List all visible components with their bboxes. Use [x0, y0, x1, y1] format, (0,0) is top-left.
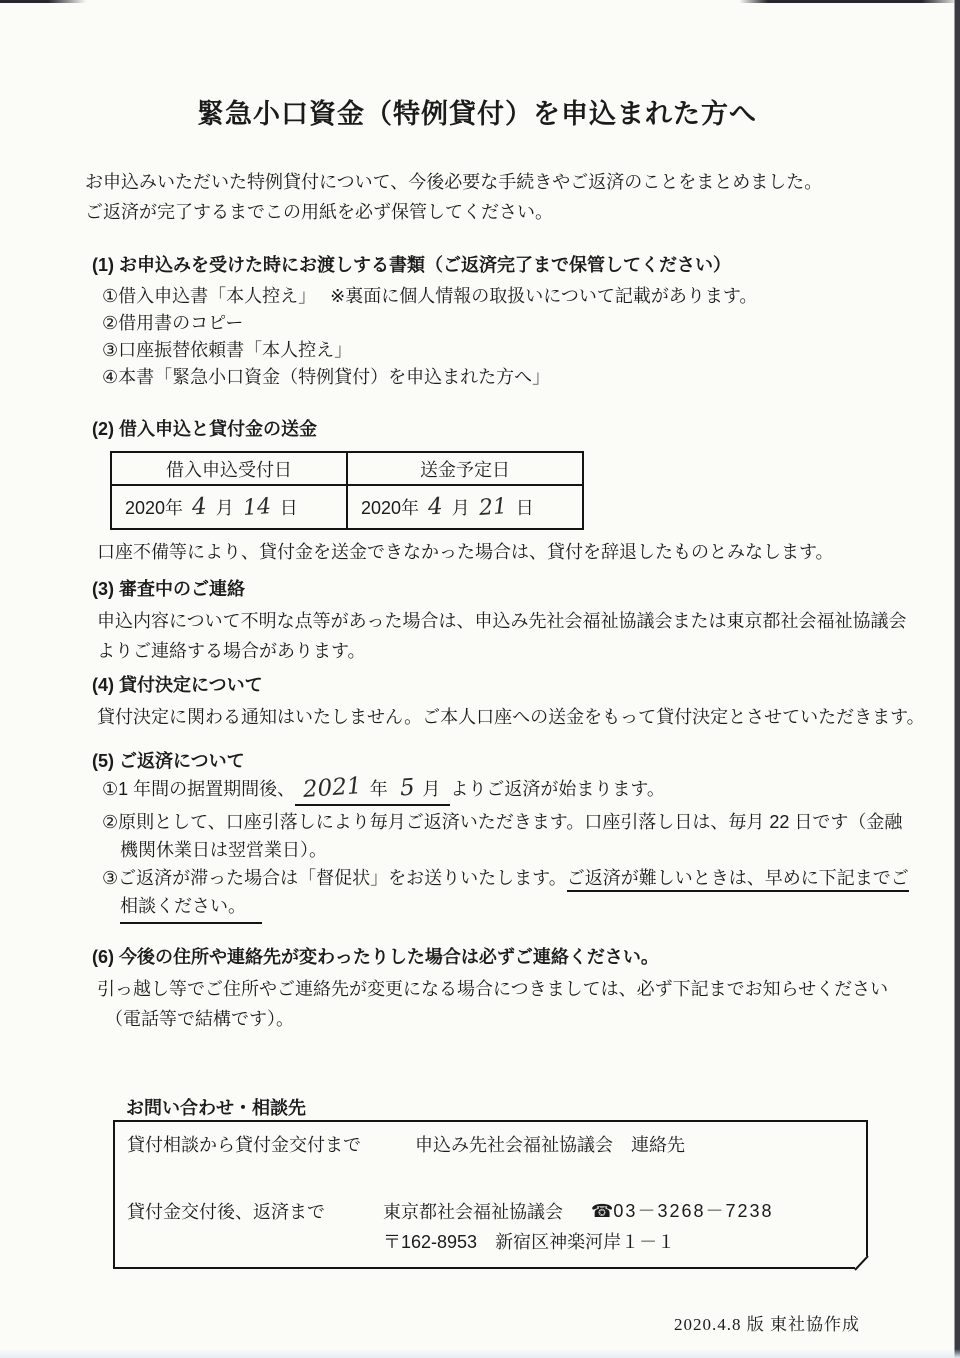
handwritten-receipt-day: 14 [242, 494, 272, 521]
section-6-body-line-2: （電話等で結構です）。 [97, 1004, 888, 1034]
contact-phone: ☎03－3268－7238 [591, 1197, 774, 1223]
document-item-3: ③口座振替依頼書「本人控え」 [102, 337, 757, 364]
section-2-heading: (2) 借入申込と貸付金の送金 [92, 416, 834, 442]
contact-address: 〒162-8953 新宿区神楽河岸１－１ [383, 1228, 675, 1254]
reminder-line-1: ③ご返済が滞った場合は「督促状」をお送りいたします。ご返済が難しいときは、早めに… [102, 864, 909, 892]
contact-box: 貸付相談から貸付金交付まで 申込み先社会福祉協議会 連絡先 貸付金交付後、返済ま… [113, 1120, 868, 1269]
loan-schedule-table: 借入申込受付日 送金予定日 2020年 4 月 14 日 2020年 [110, 451, 584, 530]
repayment-year-suffix: 年 [370, 779, 388, 799]
contact-row2-left: 貸付金交付後、返済まで [127, 1198, 325, 1224]
section-3-heading: (3) 審査中のご連絡 [92, 576, 906, 602]
transfer-date-header: 送金予定日 [347, 452, 583, 485]
phone-number: 03－3268－7238 [613, 1201, 773, 1221]
section-4-body: 貸付決定に関わる通知はいたしません。ご本人口座への送金をもって貸付決定とさせてい… [97, 702, 925, 732]
contact-row1-right: 申込み先社会福祉協議会 連絡先 [415, 1131, 685, 1157]
repayment-start-line: ①1 年間の据置期間後、2021年5月よりご返済が始まります。 [102, 774, 909, 806]
repayment-start-prefix: ①1 年間の据置期間後、 [102, 779, 295, 799]
section-1: (1) お申込みを受けた時にお渡しする書類（ご返済完了まで保管してください） ①… [92, 252, 757, 391]
reminder-prefix: ③ご返済が滞った場合は「督促状」をお送りいたします。 [102, 868, 567, 888]
transfer-month-suffix: 月 [452, 494, 470, 520]
scan-edge-top [0, 0, 960, 3]
section-3-body: 申込内容について不明な点等があった場合は、申込み先社会福祉協議会または東京都社会… [97, 606, 906, 666]
debit-rule-line-2: 機関休業日は翌営業日）。 [102, 836, 909, 864]
transfer-day-suffix: 日 [516, 494, 534, 520]
handwritten-transfer-month: 4 [427, 494, 443, 521]
phone-icon: ☎ [591, 1201, 613, 1221]
section-1-heading: (1) お申込みを受けた時にお渡しする書類（ご返済完了まで保管してください） [92, 252, 757, 278]
section-2-note: 口座不備等により、貸付金を送金できなかった場合は、貸付を辞退したものとみなします… [97, 537, 834, 567]
repayment-start-suffix: よりご返済が始まります。 [450, 779, 665, 799]
section-6-body-line-1: 引っ越し等でご住所やご連絡先が変更になる場合につきましては、必ず下記までお知らせ… [97, 974, 888, 1004]
debit-rule-line-1: ②原則として、口座引落しにより毎月ご返済いただきます。口座引落し日は、毎月 22… [102, 808, 909, 836]
section-3-body-line-2: よりご連絡する場合があります。 [97, 636, 906, 666]
document-item-4: ④本書「緊急小口資金（特例貸付）を申込まれた方へ」 [102, 364, 757, 391]
transfer-date-cell: 2020年 4 月 21 日 [347, 485, 583, 529]
section-4: (4) 貸付決定について 貸付決定に関わる通知はいたしません。ご本人口座への送金… [92, 672, 925, 732]
scanned-document-page: 緊急小口資金（特例貸付）を申込まれた方へ お申込みいただいた特例貸付について、今… [0, 0, 960, 1358]
contact-row1-left: 貸付相談から貸付金交付まで [127, 1131, 361, 1157]
handwritten-receipt-month: 4 [191, 494, 207, 521]
reminder-underlined-2: 相談ください。 [120, 892, 262, 924]
section-6-heading: (6) 今後の住所や連絡先が変わったりした場合は必ずご連絡ください。 [92, 944, 888, 970]
document-version-footer: 2020.4.8 版 東社協作成 [674, 1310, 860, 1335]
intro-line-2: ご返済が完了するまでこの用紙を必ず保管してください。 [85, 197, 822, 227]
receipt-year: 2020年 [125, 494, 183, 520]
contact-label: お問い合わせ・相談先 [126, 1094, 306, 1120]
reminder-underlined-1: ご返済が難しいときは、早めに下記までご [567, 868, 909, 892]
section-6-body: 引っ越し等でご住所やご連絡先が変更になる場合につきましては、必ず下記までお知らせ… [97, 974, 888, 1034]
section-5-heading: (5) ご返済について [92, 748, 909, 774]
document-item-1: ①借入申込書「本人控え」 ※裏面に個人情報の取扱いについて記載があります。 [102, 283, 757, 310]
section-3-body-line-1: 申込内容について不明な点等があった場合は、申込み先社会福祉協議会または東京都社会… [97, 606, 906, 636]
section-5-body: ①1 年間の据置期間後、2021年5月よりご返済が始まります。 ②原則として、口… [102, 774, 909, 924]
section-1-list: ①借入申込書「本人控え」 ※裏面に個人情報の取扱いについて記載があります。 ②借… [102, 283, 757, 391]
receipt-date-cell: 2020年 4 月 14 日 [111, 485, 347, 529]
intro-paragraph: お申込みいただいた特例貸付について、今後必要な手続きやご返済のことをまとめました… [85, 167, 822, 227]
handwritten-transfer-day: 21 [478, 494, 508, 521]
document-item-2: ②借用書のコピー [102, 310, 757, 337]
section-2: (2) 借入申込と貸付金の送金 借入申込受付日 送金予定日 2020年 4 月 … [92, 416, 834, 567]
section-5: (5) ご返済について ①1 年間の据置期間後、2021年5月よりご返済が始まり… [92, 748, 909, 924]
document-title: 緊急小口資金（特例貸付）を申込まれた方へ [0, 92, 954, 131]
handwritten-repayment-month: 5 [399, 774, 416, 803]
reminder-line-2: 相談ください。 [102, 892, 909, 924]
repayment-start-blank: 2021年5月 [295, 774, 450, 806]
scan-edge-bottom [0, 1349, 960, 1358]
transfer-year: 2020年 [361, 494, 419, 520]
receipt-day-suffix: 日 [280, 494, 298, 520]
scan-edge-right [954, 0, 960, 1358]
contact-organization: 東京都社会福祉協議会 [383, 1198, 563, 1224]
intro-line-1: お申込みいただいた特例貸付について、今後必要な手続きやご返済のことをまとめました… [85, 167, 822, 197]
section-3: (3) 審査中のご連絡 申込内容について不明な点等があった場合は、申込み先社会福… [92, 576, 906, 666]
handwritten-repayment-year: 2021 [302, 772, 362, 804]
section-6: (6) 今後の住所や連絡先が変わったりした場合は必ずご連絡ください。 引っ越し等… [92, 944, 888, 1034]
receipt-month-suffix: 月 [216, 494, 234, 520]
receipt-date-header: 借入申込受付日 [111, 452, 347, 485]
repayment-month-suffix: 月 [422, 779, 440, 799]
section-4-heading: (4) 貸付決定について [92, 672, 925, 698]
